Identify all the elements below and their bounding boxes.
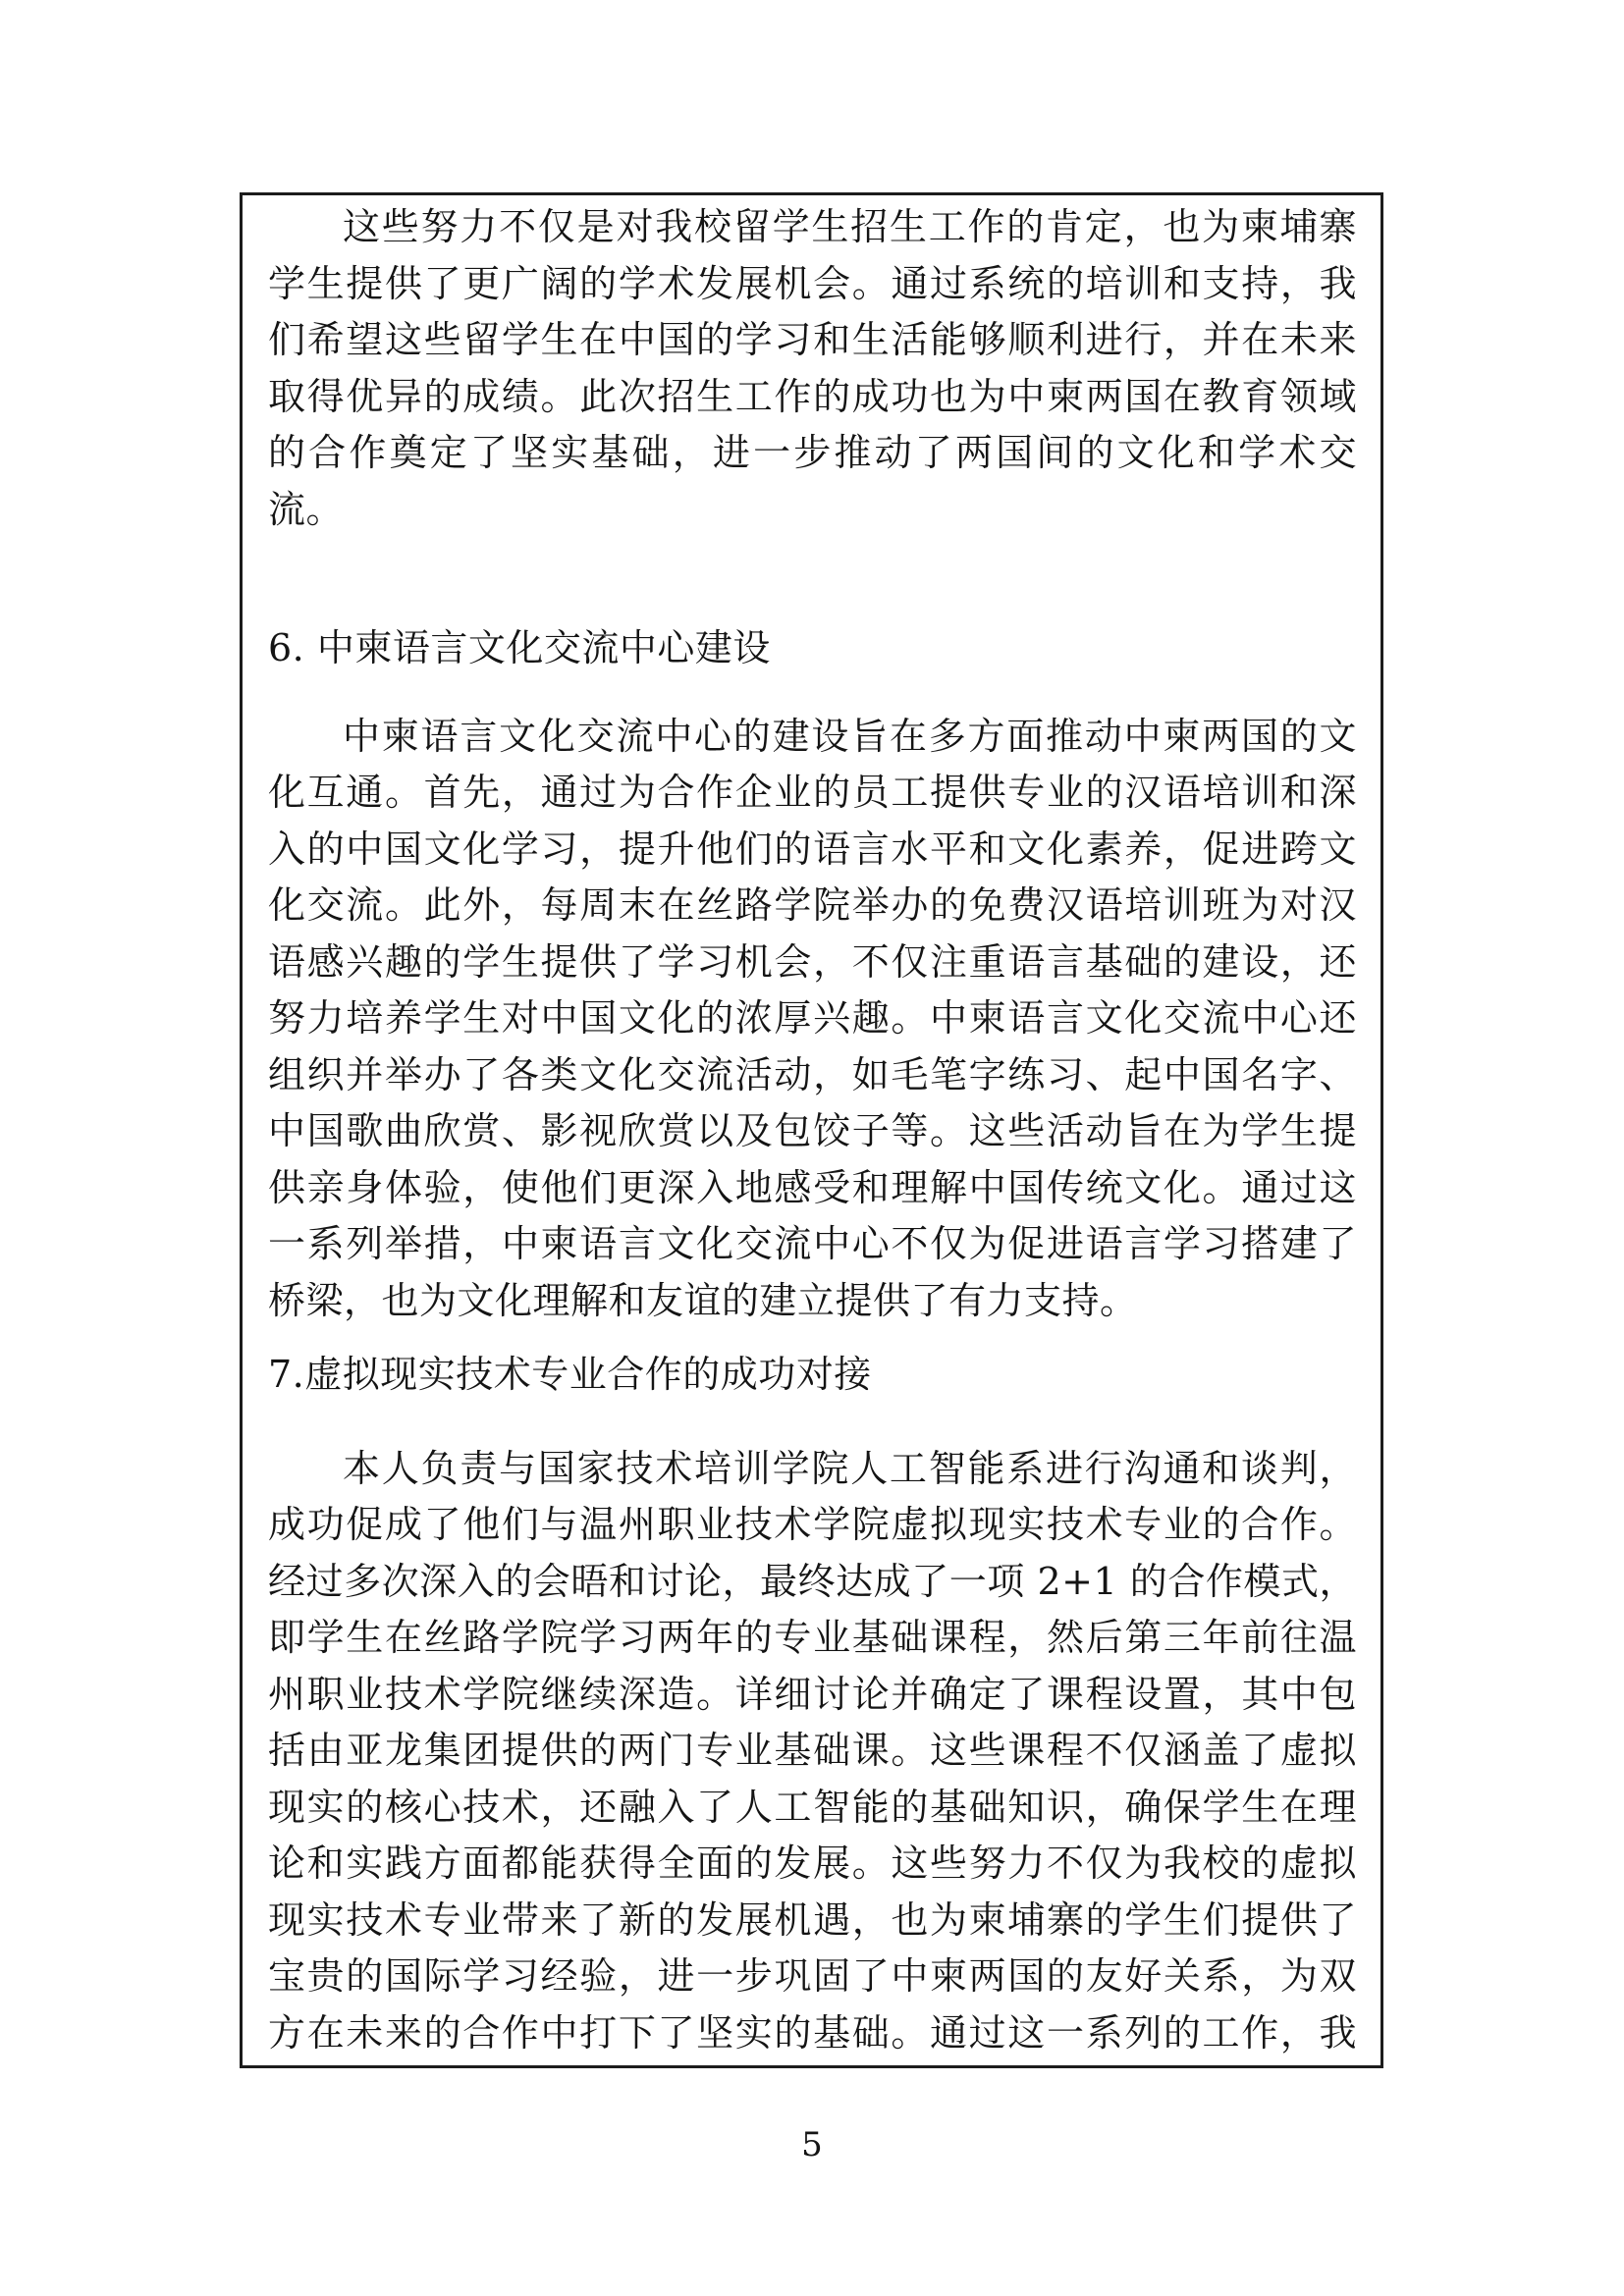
- intro-paragraph: 这些努力不仅是对我校留学生招生工作的肯定，也为柬埔寨学生提供了更广阔的学术发展机…: [268, 199, 1357, 538]
- section-6-paragraph: 中柬语言文化交流中心的建设旨在多方面推动中柬两国的文化互通。首先，通过为合作企业…: [268, 709, 1357, 1330]
- section-7-paragraph: 本人负责与国家技术培训学院人工智能系进行沟通和谈判，成功促成了他们与温州职业技术…: [268, 1441, 1357, 2069]
- report-content-table-cell: 这些努力不仅是对我校留学生招生工作的肯定，也为柬埔寨学生提供了更广阔的学术发展机…: [240, 192, 1383, 2068]
- section-7-heading: 7.虚拟现实技术专业合作的成功对接: [268, 1347, 1357, 1404]
- section-6-heading: 6. 中柬语言文化交流中心建设: [268, 620, 1357, 677]
- page-number: 5: [0, 2123, 1624, 2166]
